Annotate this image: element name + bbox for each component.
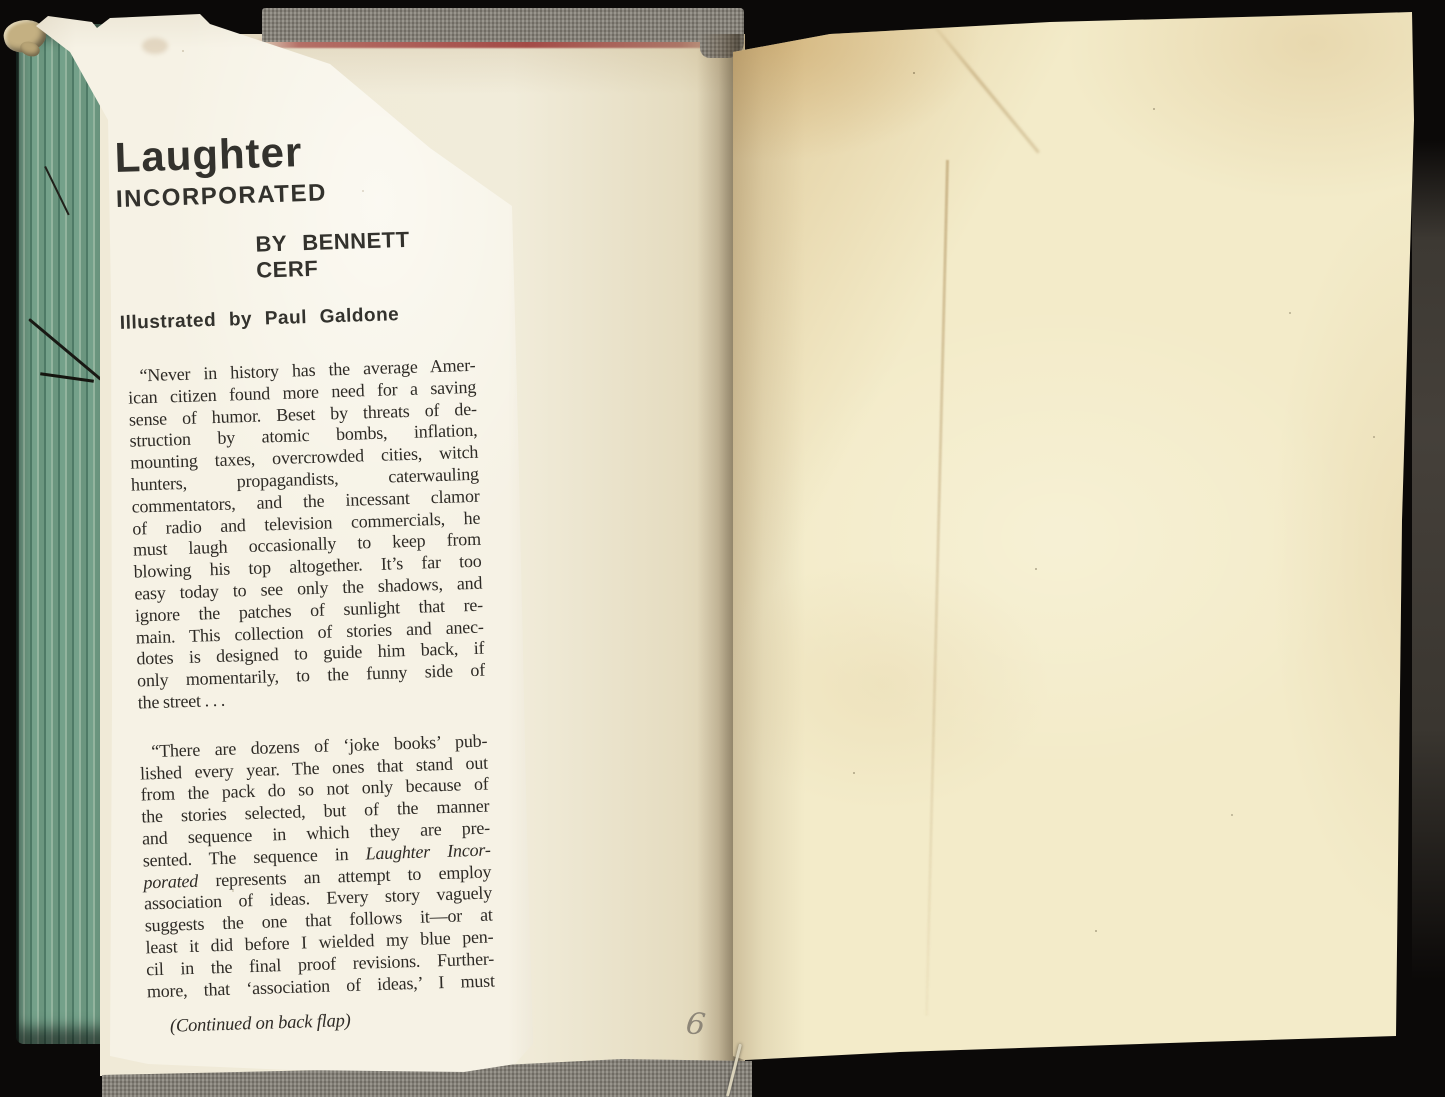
flap-paragraph-1: “Never in history has the average Amer- … xyxy=(127,355,486,715)
cover-cloth-top-edge xyxy=(262,8,742,42)
foxing-specks xyxy=(30,8,32,10)
author-byline: BY BENNETT CERF xyxy=(255,225,483,284)
flap-p2-line5-italic-title: Laughter Incor- xyxy=(365,839,491,863)
flap-p2-line6-italic-title: porated xyxy=(143,870,198,892)
paper-smudge xyxy=(142,38,168,54)
pencil-mark: 6 xyxy=(684,1009,707,1041)
illustrator-credit: Illustrated by Paul Galdone xyxy=(120,302,485,335)
continued-note: (Continued on back flap) xyxy=(170,1007,496,1038)
photo-of-open-book: 6 Laughter INCORPORATED BY BENNETT CERF … xyxy=(0,0,1445,1097)
flap-ghost-stain-vertical xyxy=(925,160,949,1016)
jacket-spine-in-background xyxy=(1412,140,1445,980)
flap-body-text: “Never in history has the average Amer- … xyxy=(127,355,496,1039)
book-subtitle: INCORPORATED xyxy=(116,175,481,214)
right-endpaper-page xyxy=(733,12,1415,1062)
green-stained-fore-edge xyxy=(16,24,112,1044)
flap-printed-content: Laughter INCORPORATED BY BENNETT CERF Il… xyxy=(114,125,506,1039)
flap-paragraph-2: “There are dozens of ‘joke books’ pub- l… xyxy=(139,730,495,1002)
flap-ghost-stain-diagonal xyxy=(931,22,1040,154)
